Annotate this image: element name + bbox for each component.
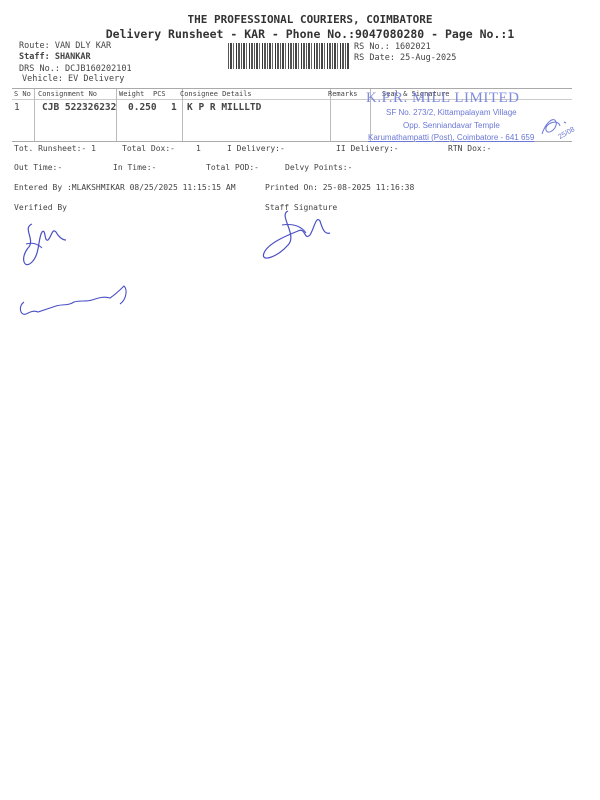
barcode: [228, 43, 350, 69]
header-remarks: Remarks: [328, 90, 358, 98]
company-title: THE PROFESSIONAL COURIERS, COIMBATORE: [0, 13, 600, 26]
rs-number: RS No.: 1602021: [354, 42, 431, 52]
cell-consignee: K P R MILLLTD: [187, 102, 261, 113]
vehicle: Vehicle: EV Delivery: [22, 74, 124, 84]
col-divider: [116, 89, 117, 141]
delvy-points: Delvy Points:-: [285, 163, 352, 172]
col-divider: [34, 89, 35, 141]
staff: Staff: SHANKAR: [19, 52, 91, 62]
i-delivery: I Delivery:-: [227, 144, 285, 153]
rs-date: RS Date: 25-Aug-2025: [354, 53, 456, 63]
seal-address-line2: Opp. Senniandavar Temple: [403, 121, 500, 130]
seal-company-name: K.P.R. MILL LIMITED: [366, 90, 520, 107]
verified-by-signature-icon: [18, 218, 78, 273]
header-weight: Weight: [119, 90, 144, 98]
in-time: In Time:-: [113, 163, 156, 172]
seal-address-line3: Karumathampatti (Post), Coimbatore - 641…: [368, 133, 534, 142]
total-pod: Total POD:-: [206, 163, 259, 172]
route: Route: VAN DLY KAR: [19, 41, 111, 51]
entered-by: Entered By :MLAKSHMIKAR 08/25/2025 11:15…: [14, 183, 236, 192]
verified-by-label: Verified By: [14, 203, 67, 212]
tot-runsheet: Tot. Runsheet:- 1: [14, 144, 96, 153]
staff-signature-icon: [258, 205, 338, 265]
header-consignment-no: Consignment No: [38, 90, 97, 98]
runsheet-subtitle: Delivery Runsheet - KAR - Phone No.:9047…: [0, 27, 600, 41]
cell-weight: 0.250: [128, 102, 157, 113]
handwritten-note-icon: [16, 280, 136, 320]
drs-number: DRS No.: DCJB160202101: [19, 64, 132, 74]
total-dox-value: 1: [196, 144, 201, 153]
cell-pcs: 1: [171, 102, 177, 113]
cell-sno: 1: [14, 102, 20, 113]
rtn-dox: RTN Dox:-: [448, 144, 491, 153]
out-time: Out Time:-: [14, 163, 62, 172]
header-sno: S No: [14, 90, 31, 98]
cell-consignment-no: CJB 522326232: [42, 102, 116, 113]
header-consignee: Consignee Details: [180, 90, 252, 98]
total-dox-label: Total Dox:-: [122, 144, 175, 153]
printed-on: Printed On: 25-08-2025 11:16:38: [265, 183, 414, 192]
seal-address-line1: SF No. 273/2, Kittampalayam Village: [386, 108, 517, 117]
header-pcs: PCS: [153, 90, 166, 98]
ii-delivery: II Delivery:-: [336, 144, 399, 153]
